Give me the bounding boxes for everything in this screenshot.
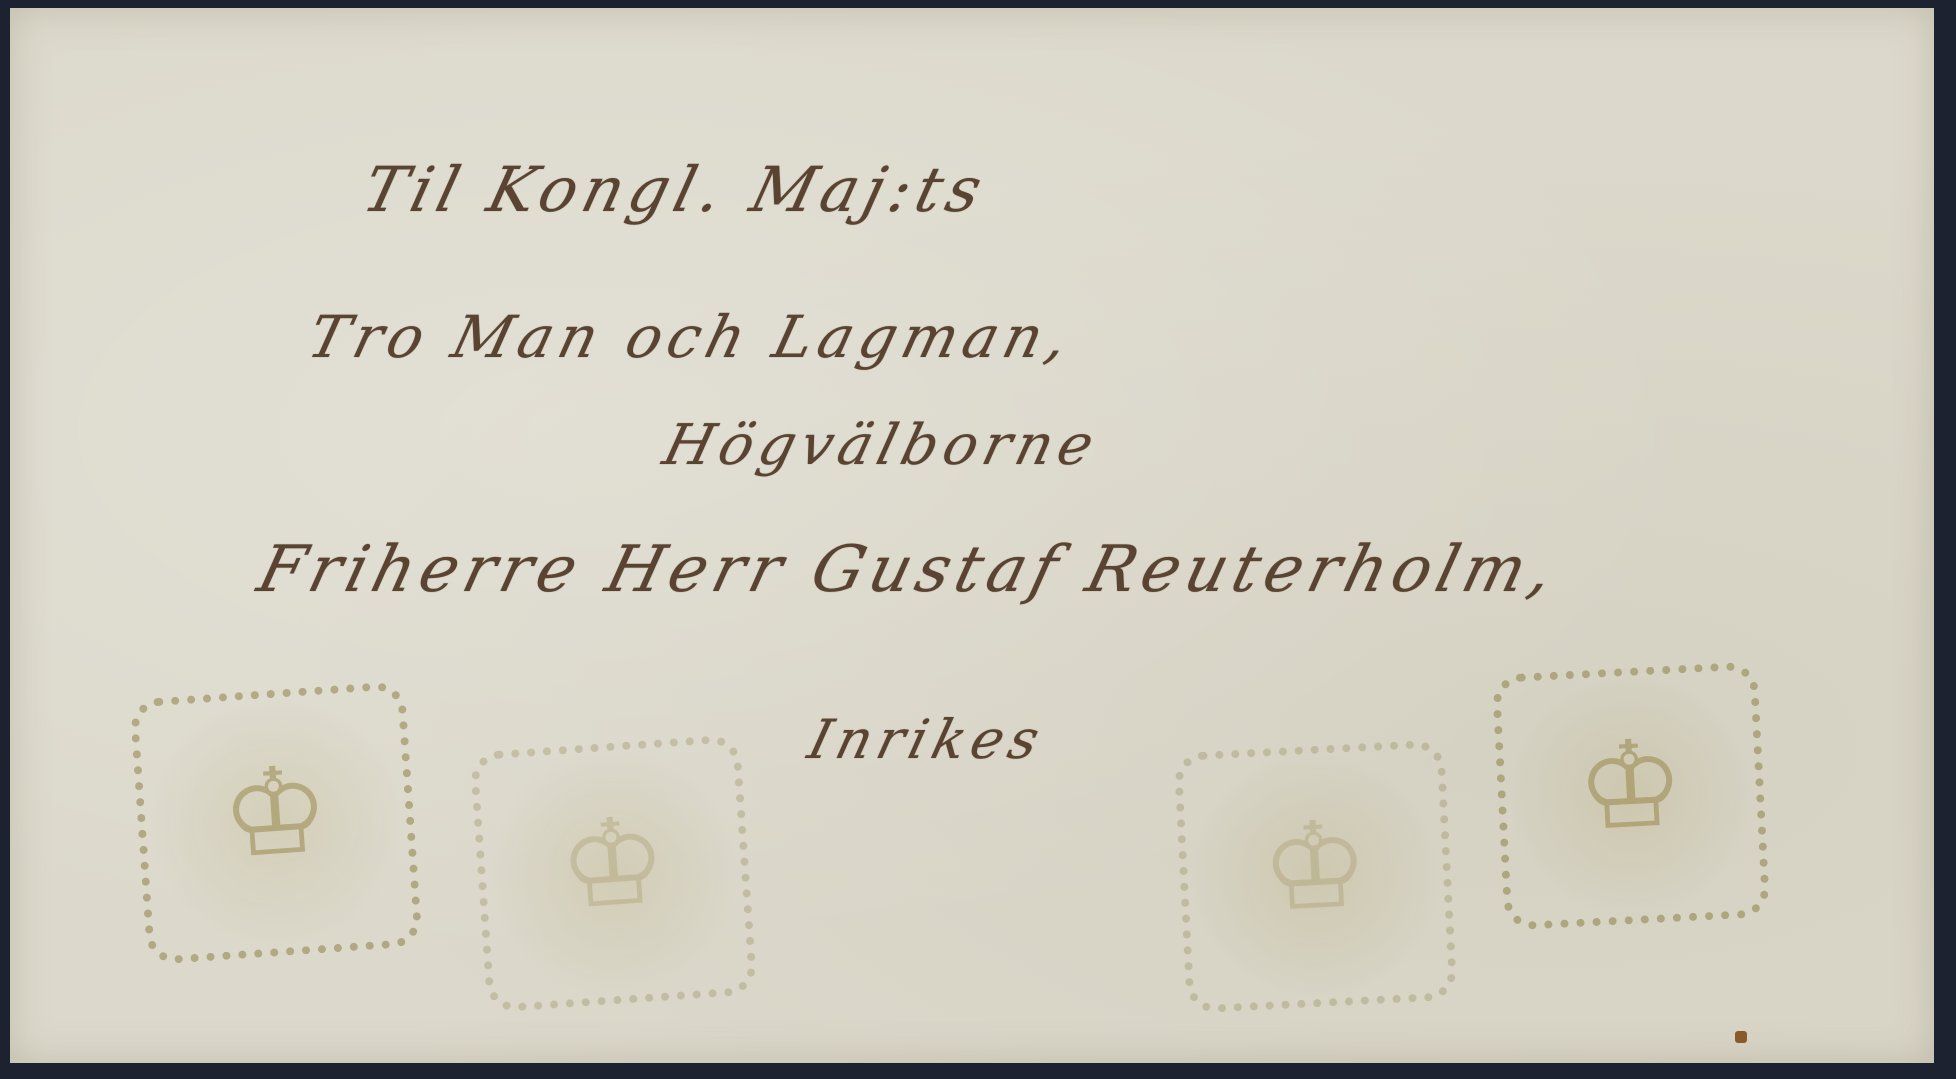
paper-speck [1735, 1031, 1747, 1043]
address-line-1: Til Kongl. Maj:ts [356, 153, 995, 226]
letter-cover: Til Kongl. Maj:ts Tro Man och Lagman, Hö… [10, 8, 1934, 1063]
address-line-3: Högvälborne [657, 413, 1106, 478]
address-line-4: Friherre Herr Gustaf Reuterholm, [251, 533, 1566, 607]
crown-stamp-icon [469, 734, 758, 1013]
crown-stamp-icon [129, 681, 423, 966]
address-line-2: Tro Man och Lagman, [302, 303, 1081, 371]
address-line-5: Inrikes [802, 708, 1051, 771]
crown-stamp-icon [1173, 739, 1457, 1014]
crown-stamp-icon [1491, 661, 1770, 931]
